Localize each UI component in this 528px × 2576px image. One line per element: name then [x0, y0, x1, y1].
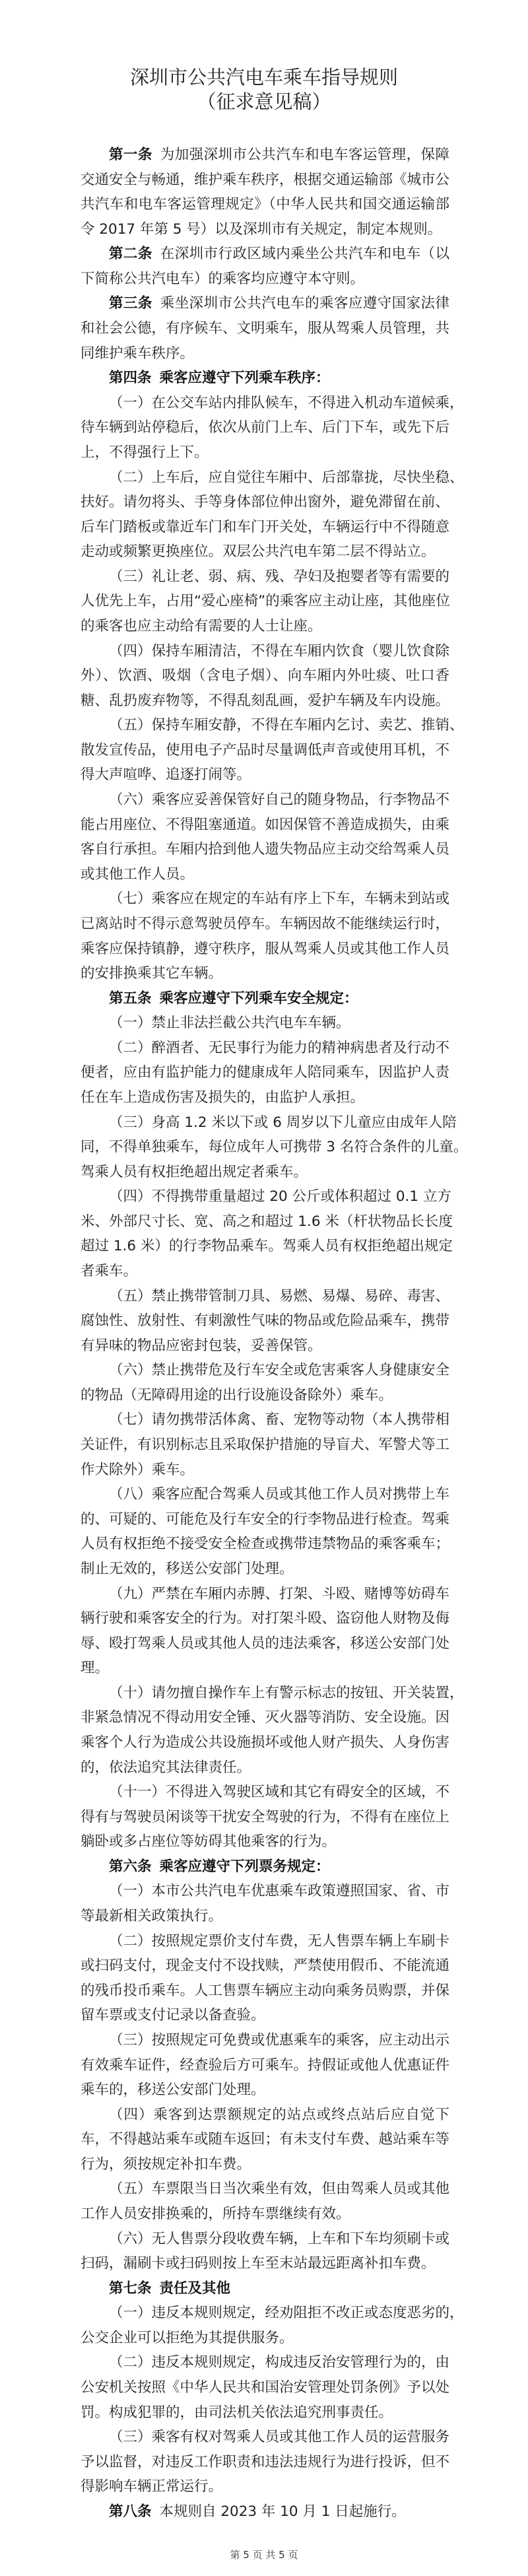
text-line: 第八条本规则自 2023 年 10 月 1 日起施行。	[81, 2499, 449, 2525]
text-line: 乘车的，移送公安部门处理。	[81, 2078, 449, 2103]
text-line: 第二条在深圳市行政区域内乘坐公共汽车和电车（以	[81, 242, 449, 267]
clause-item: （三）按照规定可免费或优惠乘车的乘客，应主动出示有效乘车证件，经查验后方可乘车。…	[81, 2028, 449, 2103]
text-line: （二）违反本规则规定，构成违反治安管理行为的，由	[81, 2350, 449, 2375]
article-text: 本规则自 2023 年 10 月 1 日起施行。	[160, 2503, 406, 2520]
text-line: 扫码，漏刷卡或扫码则按上车至末站最远距离补扣车费。	[81, 2251, 449, 2276]
text-line: （九）严禁在车厢内赤膊、打架、斗殴、赌博等妨碍车	[81, 1582, 449, 1607]
article-text: 乘坐深圳市公共汽电车的乘客应遵守国家法律	[160, 295, 449, 312]
clause-item: （一）禁止非法拦截公共汽电车车辆。	[81, 1011, 449, 1036]
article-heading: 第七条责任及其他	[81, 2276, 449, 2301]
text-line: 便者，应由有监护能力的健康成年人陪同乘车，因监护人责	[81, 1060, 449, 1085]
text-line: 扶好。请勿将头、手等身体部位伸出窗外，避免滞留在前、	[81, 490, 449, 515]
text-line: 能占用座位、不得阻塞通道。如因保管不善造成损失，由乘	[81, 813, 449, 838]
clause-item: （一）违反本规则规定，经劝阻拒不改正或态度恶劣的，公交企业可以拒绝为其提供服务。	[81, 2301, 449, 2350]
text-line: 有效乘车证件，经查验后方可乘车。持假证或他人优惠证件	[81, 2053, 449, 2078]
text-line: （三）乘客有权对驾乘人员或其他工作人员的运营服务	[81, 2425, 449, 2450]
clause-item: （一）在公交车站内排队候车，不得进入机动车道候乘，待车辆到站停稳后，依次从前门上…	[81, 391, 449, 465]
text-line: 乘客个人行为造成公共设施损坏或他人财产损失、人身伤害	[81, 1730, 449, 1755]
article-number-label: 第三条	[109, 295, 152, 312]
page-number-footer: 第 5 页 共 5 页	[0, 2548, 528, 2561]
text-line: 制止无效的，移送公安部门处理。	[81, 1557, 449, 1582]
text-line: 或扫码支付，现金支付不设找赎，严禁使用假币、不能流通	[81, 1953, 449, 1979]
text-line: （七）乘客应在规定的车站有序上下车，车辆未到站或	[81, 887, 449, 912]
text-line: 下简称公共汽电车）的乘客均应遵守本守则。	[81, 267, 449, 292]
document-subtitle: （征求意见稿）	[0, 90, 528, 114]
text-line: （一）本市公共汽电车优惠乘车政策遵照国家、省、市	[81, 1879, 449, 1904]
clause-item: （一）本市公共汽电车优惠乘车政策遵照国家、省、市等最新相关政策执行。	[81, 1879, 449, 1928]
clause-item: （六）无人售票分段收费车辆，上车和下车均须刷卡或扫码，漏刷卡或扫码则按上车至末站…	[81, 2227, 449, 2276]
text-line: （十）请勿擅自操作车上有警示标志的按钮、开关装置，	[81, 1681, 449, 1706]
text-line: 有异味的物品应密封包装，妥善保管。	[81, 1334, 449, 1359]
text-line: 第七条责任及其他	[81, 2276, 449, 2301]
text-line: （七）请勿携带活体禽、畜、宠物等动物（本人携带相	[81, 1407, 449, 1433]
text-line: （五）保持车厢安静，不得在车厢内乞讨、卖艺、推销、	[81, 713, 449, 738]
text-line: 腐蚀性、放射性、有刺激性气味的物品或危险品乘车，携带	[81, 1308, 449, 1334]
clause-item: （二）违反本规则规定，构成违反治安管理行为的，由公安机关按照《中华人民共和国治安…	[81, 2350, 449, 2425]
text-line: 的残币投币乘车。人工售票车辆应主动向乘务员购票，并保	[81, 1979, 449, 2004]
text-line: 的乘客也应主动给有需要的人士让座。	[81, 614, 449, 639]
text-line: （三）按照规定可免费或优惠乘车的乘客，应主动出示	[81, 2028, 449, 2053]
clause-item: （二）醉酒者、无民事行为能力的精神病患者及行动不便者，应由有监护能力的健康成年人…	[81, 1036, 449, 1110]
text-line: 第五条乘客应遵守下列乘车安全规定：	[81, 986, 449, 1011]
text-line: 第六条乘客应遵守下列票务规定：	[81, 1854, 449, 1880]
clause-item: （五）保持车厢安静，不得在车厢内乞讨、卖艺、推销、散发宣传品，使用电子产品时尽量…	[81, 713, 449, 788]
text-line: 等最新相关政策执行。	[81, 1904, 449, 1929]
clause-item: （十）请勿擅自操作车上有警示标志的按钮、开关装置，非紧急情况不得动用安全锤、灭火…	[81, 1681, 449, 1780]
clause-item: （二）上车后，应自觉往车厢中、后部靠拢，尽快坐稳、扶好。请勿将头、手等身体部位伸…	[81, 465, 449, 564]
clause-item: （三）礼让老、弱、病、残、孕妇及抱婴者等有需要的人优先上车，占用“爱心座椅”的乘…	[81, 564, 449, 639]
clause-item: （七）请勿携带活体禽、畜、宠物等动物（本人携带相关证件，有识别标志且采取保护措施…	[81, 1407, 449, 1482]
text-line: （二）醉酒者、无民事行为能力的精神病患者及行动不	[81, 1036, 449, 1061]
text-line: 的、可疑的、可能危及行车安全的行李物品进行检查。驾乘	[81, 1507, 449, 1532]
article-heading: 第六条乘客应遵守下列票务规定：	[81, 1854, 449, 1880]
text-line: 客自行承担。车厢内拾到他人遗失物品应主动交给驾乘人员	[81, 837, 449, 862]
text-line: 或其他工作人员。	[81, 862, 449, 887]
text-line: （六）禁止携带危及行车安全或危害乘客人身健康安全	[81, 1358, 449, 1383]
article-number-label: 第一条	[109, 147, 152, 163]
text-line: 上，不得强行上下。	[81, 440, 449, 465]
text-line: 的安排换乘其它车辆。	[81, 961, 449, 986]
clause-item: （三）乘客有权对驾乘人员或其他工作人员的运营服务予以监督，对违反工作职责和违法违…	[81, 2425, 449, 2499]
text-line: （四）乘客到达票额规定的站点或终点站后应自觉下	[81, 2103, 449, 2128]
text-line: 糖、乱扔废弃物等，不得乱刻乱画，爱护车辆及车内设施。	[81, 689, 449, 714]
text-line: 同维护乘车秩序。	[81, 341, 449, 366]
text-line: 同，不得单独乘车，每位成年人可携带 3 名符合条件的儿童。	[81, 1135, 449, 1160]
article-number-label: 第五条	[109, 990, 152, 1007]
text-line: 关证件，有识别标志且采取保护措施的导盲犬、军警犬等工	[81, 1433, 449, 1458]
text-line: （四）保持车厢清洁，不得在车厢内饮食（婴儿饮食除	[81, 639, 449, 664]
text-line: 辱、殴打驾乘人员或其他人员的违法乘客，移送公安部门处	[81, 1631, 449, 1656]
article-heading: 第五条乘客应遵守下列乘车安全规定：	[81, 986, 449, 1011]
document-page: 深圳市公共汽电车乘车指导规则 （征求意见稿） 第一条为加强深圳市公共汽车和电车客…	[0, 0, 528, 2576]
text-line: 得影响车辆正常运行。	[81, 2474, 449, 2499]
document-title-block: 深圳市公共汽电车乘车指导规则 （征求意见稿）	[0, 65, 528, 114]
text-line: 后车门踏板或靠近车门和车门开关处，车辆运行中不得随意	[81, 515, 449, 540]
article-text: 乘客应遵守下列票务规定：	[160, 1858, 330, 1875]
text-line: （十一）不得进入驾驶区域和其它有碍安全的区域，不	[81, 1780, 449, 1805]
document-title: 深圳市公共汽电车乘车指导规则	[0, 65, 528, 90]
text-line: （二）上车后，应自觉往车厢中、后部靠拢，尽快坐稳、	[81, 465, 449, 491]
article-number-label: 第四条	[109, 370, 152, 386]
article-number-label: 第七条	[109, 2280, 152, 2297]
article-text: 乘客应遵守下列乘车安全规定：	[160, 990, 358, 1007]
clause-item: （四）乘客到达票额规定的站点或终点站后应自觉下车，不得越站乘车或随车返回；有未支…	[81, 2103, 449, 2177]
clause-item: （八）乘客应配合驾乘人员或其他工作人员对携带上车的、可疑的、可能危及行车安全的行…	[81, 1482, 449, 1581]
text-line: 走动或频繁更换座位。双层公共汽电车第二层不得站立。	[81, 539, 449, 564]
article-text: 责任及其他	[160, 2280, 231, 2297]
text-line: 人优先上车，占用“爱心座椅”的乘客应主动让座，其他座位	[81, 589, 449, 614]
text-line: （三）身高 1.2 米以下或 6 周岁以下儿童应由成年人陪	[81, 1110, 449, 1135]
text-line: 者乘车。	[81, 1259, 449, 1284]
text-line: （八）乘客应配合驾乘人员或其他工作人员对携带上车	[81, 1482, 449, 1507]
text-line: 第一条为加强深圳市公共汽车和电车客运管理，保障	[81, 143, 449, 168]
text-line: 和社会公德，有序候车、文明乘车，服从驾乘人员管理，共	[81, 316, 449, 341]
text-line: 理。	[81, 1656, 449, 1681]
text-line: 待车辆到站停稳后，依次从前门上车、后门下车，或先下后	[81, 415, 449, 440]
text-line: 工作人员安排换乘的，所持车票继续有效。	[81, 2202, 449, 2227]
article-heading: 第四条乘客应遵守下列乘车秩序：	[81, 366, 449, 391]
clause-item: （七）乘客应在规定的车站有序上下车，车辆未到站或已离站时不得示意驾驶员停车。车辆…	[81, 887, 449, 986]
text-line: 的物品（无障碍用途的出行设施设备除外）乘车。	[81, 1383, 449, 1408]
text-line: 第四条乘客应遵守下列乘车秩序：	[81, 366, 449, 391]
article-paragraph: 第三条乘坐深圳市公共汽电车的乘客应遵守国家法律和社会公德，有序候车、文明乘车，服…	[81, 291, 449, 366]
clause-item: （六）禁止携带危及行车安全或危害乘客人身健康安全的物品（无障碍用途的出行设施设备…	[81, 1358, 449, 1407]
text-line: （二）按照规定票价支付车费，无人售票车辆上车刷卡	[81, 1929, 449, 1954]
text-line: 乘客应保持镇静，遵守秩序，服从驾乘人员或其他工作人员	[81, 937, 449, 962]
text-line: 人员有权拒绝不接受安全检查或携带违禁物品的乘客乘车；	[81, 1532, 449, 1557]
clause-item: （四）保持车厢清洁，不得在车厢内饮食（婴儿饮食除外）、饮酒、吸烟（含电子烟）、向…	[81, 639, 449, 714]
text-line: 外）、饮酒、吸烟（含电子烟）、向车厢内外吐痰、吐口香	[81, 663, 449, 689]
article-number-label: 第八条	[109, 2503, 152, 2520]
text-line: 罚。构成犯罪的，由司法机关依法追究刑事责任。	[81, 2400, 449, 2425]
text-line: 公交企业可以拒绝为其提供服务。	[81, 2326, 449, 2351]
clause-item: （二）按照规定票价支付车费，无人售票车辆上车刷卡或扫码支付，现金支付不设找赎，严…	[81, 1929, 449, 2028]
text-line: 令 2017 年第 5 号）以及深圳市有关规定，制定本规则。	[81, 217, 449, 242]
text-line: （六）乘客应妥善保管好自己的随身物品，行李物品不	[81, 788, 449, 813]
article-paragraph: 第八条本规则自 2023 年 10 月 1 日起施行。	[81, 2499, 449, 2525]
text-line: 超过 1.6 米）的行李物品乘车。驾乘人员有权拒绝超出规定	[81, 1234, 449, 1259]
text-line: 散发宣传品，使用电子产品时尽量调低声音或使用耳机，不	[81, 738, 449, 763]
text-line: 非紧急情况不得动用安全锤、灭火器等消防、安全设施。因	[81, 1705, 449, 1730]
text-line: （五）禁止携带管制刀具、易燃、易爆、易碎、毒害、	[81, 1284, 449, 1309]
text-line: （一）在公交车站内排队候车，不得进入机动车道候乘，	[81, 391, 449, 416]
text-line: 的，依法追究其法律责任。	[81, 1755, 449, 1780]
document-body: 第一条为加强深圳市公共汽车和电车客运管理，保障交通安全与畅通，维护乘车秩序，根据…	[81, 143, 449, 2525]
text-line: 已离站时不得示意驾驶员停车。车辆因故不能继续运行时，	[81, 912, 449, 937]
text-line: 第三条乘坐深圳市公共汽电车的乘客应遵守国家法律	[81, 291, 449, 316]
article-text: 在深圳市行政区域内乘坐公共汽车和电车（以	[160, 246, 449, 262]
clause-item: （六）乘客应妥善保管好自己的随身物品，行李物品不能占用座位、不得阻塞通道。如因保…	[81, 788, 449, 887]
text-line: 作犬除外）乘车。	[81, 1458, 449, 1483]
article-number-label: 第六条	[109, 1858, 152, 1875]
clause-item: （九）严禁在车厢内赤膊、打架、斗殴、赌博等妨碍车辆行驶和乘客安全的行为。对打架斗…	[81, 1582, 449, 1681]
text-line: 车，不得越站乘车或随车返回；有未支付车费、越站乘车等	[81, 2127, 449, 2152]
clause-item: （三）身高 1.2 米以下或 6 周岁以下儿童应由成年人陪同，不得单独乘车，每位…	[81, 1110, 449, 1185]
text-line: 驾乘人员有权拒绝超出规定者乘车。	[81, 1160, 449, 1185]
text-line: （四）不得携带重量超过 20 公斤或体积超过 0.1 立方	[81, 1184, 449, 1209]
text-line: 共汽车和电车客运管理规定》（中华人民共和国交通运输部	[81, 192, 449, 217]
text-line: 公安机关按照《中华人民共和国治安管理处罚条例》予以处	[81, 2375, 449, 2400]
text-line: 得有与驾驶员闲谈等干扰安全驾驶的行为，不得有在座位上	[81, 1805, 449, 1830]
article-paragraph: 第二条在深圳市行政区域内乘坐公共汽车和电车（以下简称公共汽电车）的乘客均应遵守本…	[81, 242, 449, 291]
clause-item: （五）车票限当日当次乘坐有效，但由驾乘人员或其他工作人员安排换乘的，所持车票继续…	[81, 2177, 449, 2226]
text-line: 辆行驶和乘客安全的行为。对打架斗殴、盗窃他人财物及侮	[81, 1606, 449, 1631]
text-line: （五）车票限当日当次乘坐有效，但由驾乘人员或其他	[81, 2177, 449, 2202]
text-line: 躺卧或多占座位等妨碍其他乘客的行为。	[81, 1829, 449, 1854]
article-text: 乘客应遵守下列乘车秩序：	[160, 370, 330, 386]
text-line: 交通安全与畅通，维护乘车秩序，根据交通运输部《城市公	[81, 168, 449, 193]
clause-item: （十一）不得进入驾驶区域和其它有碍安全的区域，不得有与驾驶员闲谈等干扰安全驾驶的…	[81, 1780, 449, 1854]
text-line: （六）无人售票分段收费车辆，上车和下车均须刷卡或	[81, 2227, 449, 2252]
text-line: 得大声喧哗、追逐打闹等。	[81, 763, 449, 788]
text-line: 留车票或支付记录以备查验。	[81, 2003, 449, 2028]
text-line: 米、外部尺寸长、宽、高之和超过 1.6 米（杆状物品长长度	[81, 1209, 449, 1235]
clause-item: （四）不得携带重量超过 20 公斤或体积超过 0.1 立方米、外部尺寸长、宽、高…	[81, 1184, 449, 1283]
text-line: 行为，须按规定补扣车费。	[81, 2152, 449, 2177]
article-number-label: 第二条	[109, 246, 152, 262]
article-text: 为加强深圳市公共汽车和电车客运管理，保障	[160, 147, 449, 163]
text-line: （一）禁止非法拦截公共汽电车车辆。	[81, 1011, 449, 1036]
text-line: 予以监督，对违反工作职责和违法违规行为进行投诉，但不	[81, 2450, 449, 2475]
article-paragraph: 第一条为加强深圳市公共汽车和电车客运管理，保障交通安全与畅通，维护乘车秩序，根据…	[81, 143, 449, 242]
text-line: （三）礼让老、弱、病、残、孕妇及抱婴者等有需要的	[81, 564, 449, 590]
clause-item: （五）禁止携带管制刀具、易燃、易爆、易碎、毒害、腐蚀性、放射性、有刺激性气味的物…	[81, 1284, 449, 1359]
text-line: （一）违反本规则规定，经劝阻拒不改正或态度恶劣的，	[81, 2301, 449, 2326]
text-line: 任在车上造成伤害及损失的，由监护人承担。	[81, 1085, 449, 1110]
